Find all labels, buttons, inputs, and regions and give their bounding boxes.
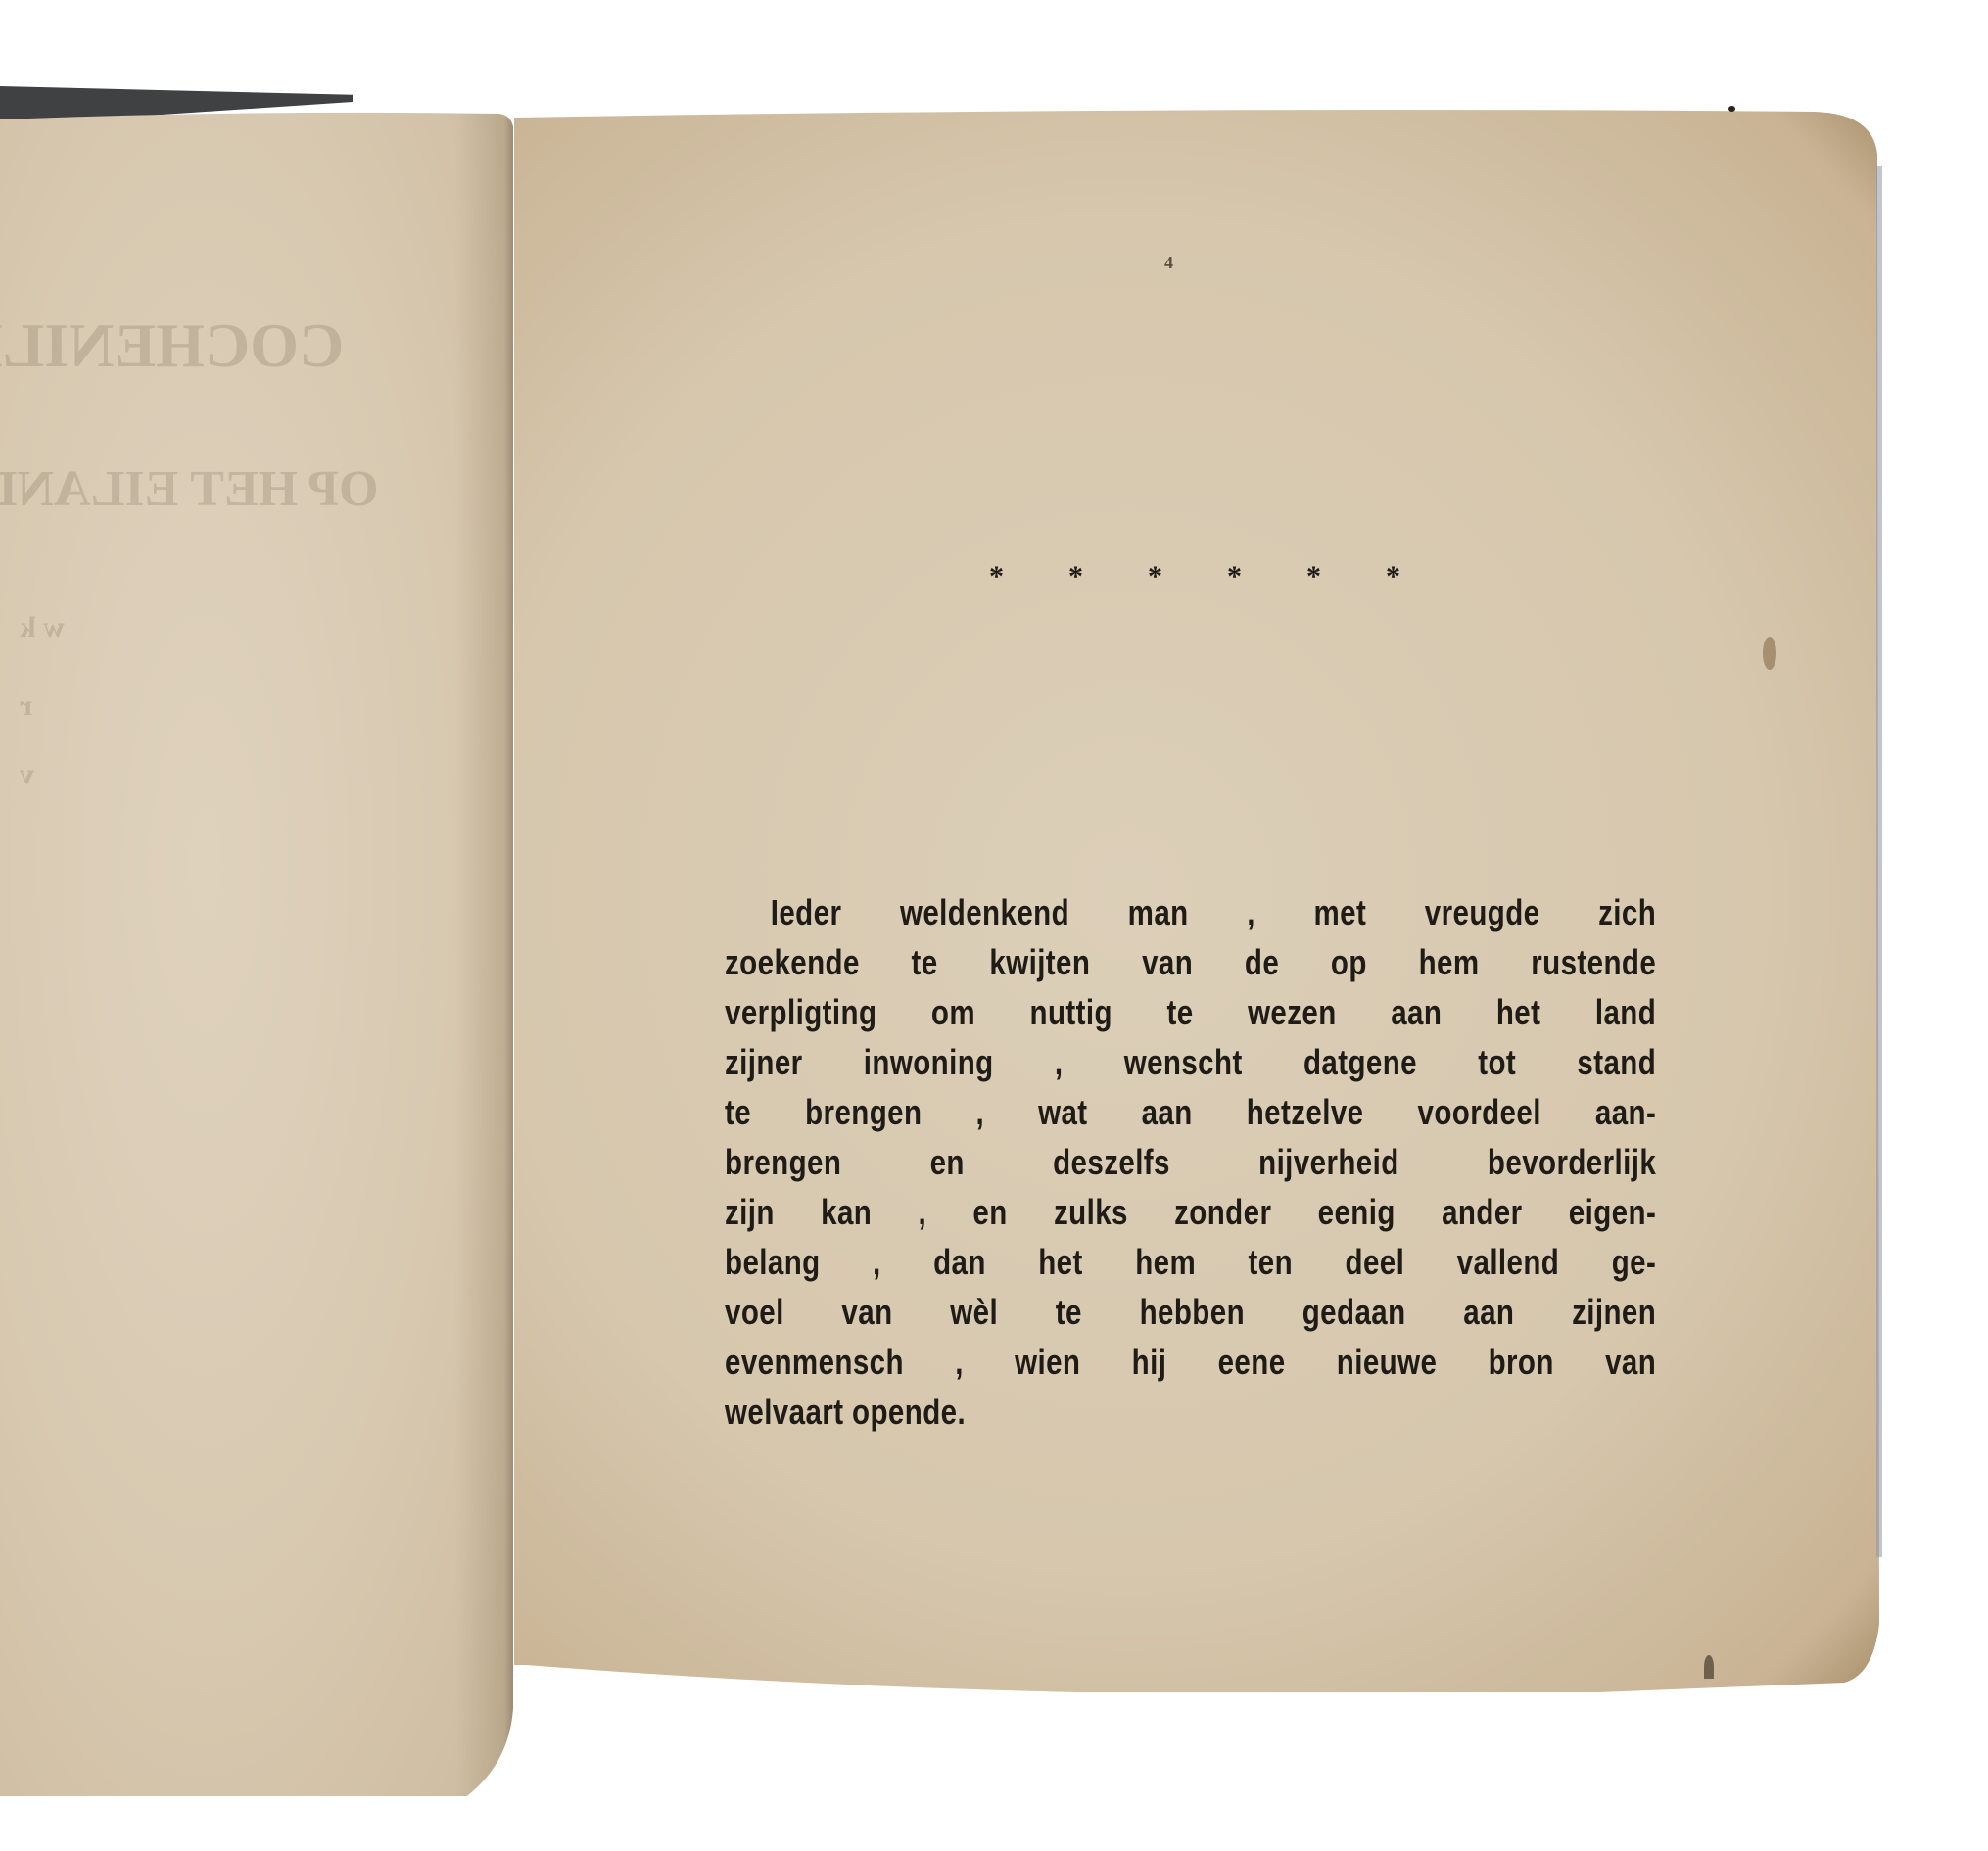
stain (1704, 1655, 1714, 1679)
asterisk-icon: * (1386, 560, 1400, 593)
asterisk-icon: * (1068, 560, 1083, 593)
stain (1763, 637, 1776, 670)
text-line: belang , dan het hem ten deel vallend ge… (725, 1237, 1656, 1287)
page-edge-shadow (1876, 166, 1882, 1557)
asterisk-icon: * (1227, 560, 1242, 593)
show-through-line: r (20, 689, 32, 723)
text-line: Ieder weldenkend man , met vreugde zich (725, 887, 1656, 937)
body-paragraph: Ieder weldenkend man , met vreugde zich … (725, 887, 1655, 1437)
text-line: evenmensch , wien hij eene nieuwe bron v… (725, 1337, 1656, 1387)
show-through-line: w k (20, 611, 65, 644)
asterisk-icon: * (1148, 560, 1162, 593)
asterisk-icon: * (989, 560, 1004, 593)
show-through-subtitle: OP HET EILAND (0, 460, 378, 518)
show-through-line: v (20, 758, 34, 791)
text-line: zijn kan , en zulks zonder eenig ander e… (725, 1187, 1656, 1237)
asterism-ornament: * * * * * * (989, 560, 1400, 593)
page-number: 4 (1164, 253, 1173, 273)
text-line: verpligting om nuttig te wezen aan het l… (725, 987, 1656, 1037)
text-line: voel van wèl te hebben gedaan aan zijnen (725, 1287, 1656, 1337)
text-line: zijner inwoning , wenscht datgene tot st… (725, 1037, 1656, 1087)
stain (1728, 106, 1735, 112)
asterisk-icon: * (1306, 560, 1321, 593)
left-page: COCHENILL OP HET EILAND w k r v (0, 102, 513, 1796)
text-line: welvaart opende. (725, 1387, 1656, 1437)
text-line: zoekende te kwijten van de op hem rusten… (725, 937, 1656, 987)
show-through-title: COCHENILL (0, 309, 344, 382)
text-line: brengen en deszelfs nijverheid bevorderl… (725, 1137, 1656, 1187)
text-line: te brengen , wat aan hetzelve voordeel a… (725, 1087, 1656, 1137)
